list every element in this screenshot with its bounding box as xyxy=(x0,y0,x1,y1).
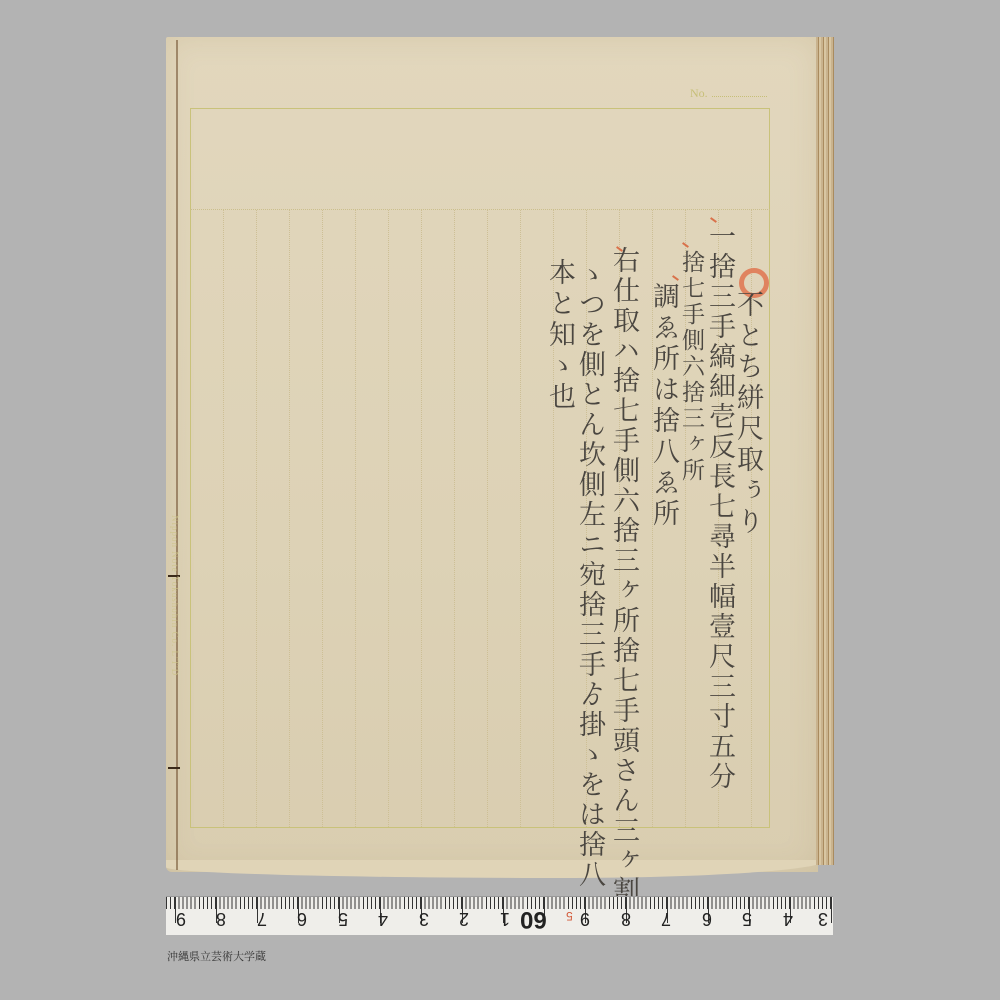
column-rule-line xyxy=(388,210,389,827)
handwritten-line-5: 右仕取ハ捨七手側六捨三ヶ所捨七手頭さん三ヶ割 xyxy=(608,246,638,906)
collection-credit: 沖縄県立芸術大学蔵 xyxy=(167,948,266,964)
handwritten-line-6: ゝつを側とん坎側左ニ宛捨三手ゟ掛ゝをは捨八ゝ xyxy=(574,260,604,920)
column-rule-line xyxy=(322,210,323,827)
handwritten-line-1: 不とち絣尺取ぅり xyxy=(732,290,762,538)
ruler-label: 5 xyxy=(338,908,348,929)
stacked-page-edges xyxy=(816,37,834,865)
column-rule-line xyxy=(223,210,224,827)
binding-stitch xyxy=(168,767,180,769)
page-bottom-edge xyxy=(166,860,826,878)
ruler-label: 8 xyxy=(216,908,226,929)
column-rule-line xyxy=(256,210,257,827)
ruler-label-red: 5 xyxy=(566,909,573,923)
ruler-label: 1 xyxy=(500,908,510,929)
ruler-label: 4 xyxy=(783,908,793,929)
printer-mark: Nippon Note Tokushohin Co. L'T'D xyxy=(170,515,180,676)
handwritten-line-3: 捨七手側六捨三ヶ所 xyxy=(676,250,706,484)
ruler-label: 4 xyxy=(378,908,388,929)
handwritten-line-7: 本と知ゝ也 xyxy=(544,258,574,413)
header-divider xyxy=(190,209,770,210)
ruler-label: 8 xyxy=(621,908,631,929)
ruler-label: 9 xyxy=(176,908,186,929)
column-rule-line xyxy=(487,210,488,827)
column-rule-line xyxy=(355,210,356,827)
measuring-ruler: 9 8 7 6 5 4 3 2 1 60 5 9 8 7 6 5 4 3 xyxy=(166,896,833,935)
column-rule-line xyxy=(454,210,455,827)
ruler-label: 7 xyxy=(257,908,267,929)
ruler-label: 6 xyxy=(702,908,712,929)
ruler-label: 7 xyxy=(661,908,671,929)
handwritten-line-4: 調ゑ所は捨八ゑ所 xyxy=(648,282,678,530)
column-rule-line xyxy=(520,210,521,827)
form-number-blank xyxy=(712,96,767,97)
binding-thread xyxy=(176,40,178,870)
ruler-label: 3 xyxy=(818,908,828,929)
ruler-label: 6 xyxy=(297,908,307,929)
ruler-label: 2 xyxy=(459,908,469,929)
ruler-label: 5 xyxy=(742,908,752,929)
form-number-label: No. xyxy=(690,86,708,101)
handwritten-line-2: 一捨三手縞細壱反長七尋半幅壹尺三寸五分 xyxy=(704,222,734,792)
ruler-label: 3 xyxy=(419,908,429,929)
ruler-label-major: 60 xyxy=(520,905,547,933)
ruler-label: 9 xyxy=(580,908,590,929)
column-rule-line xyxy=(421,210,422,827)
column-rule-line xyxy=(289,210,290,827)
